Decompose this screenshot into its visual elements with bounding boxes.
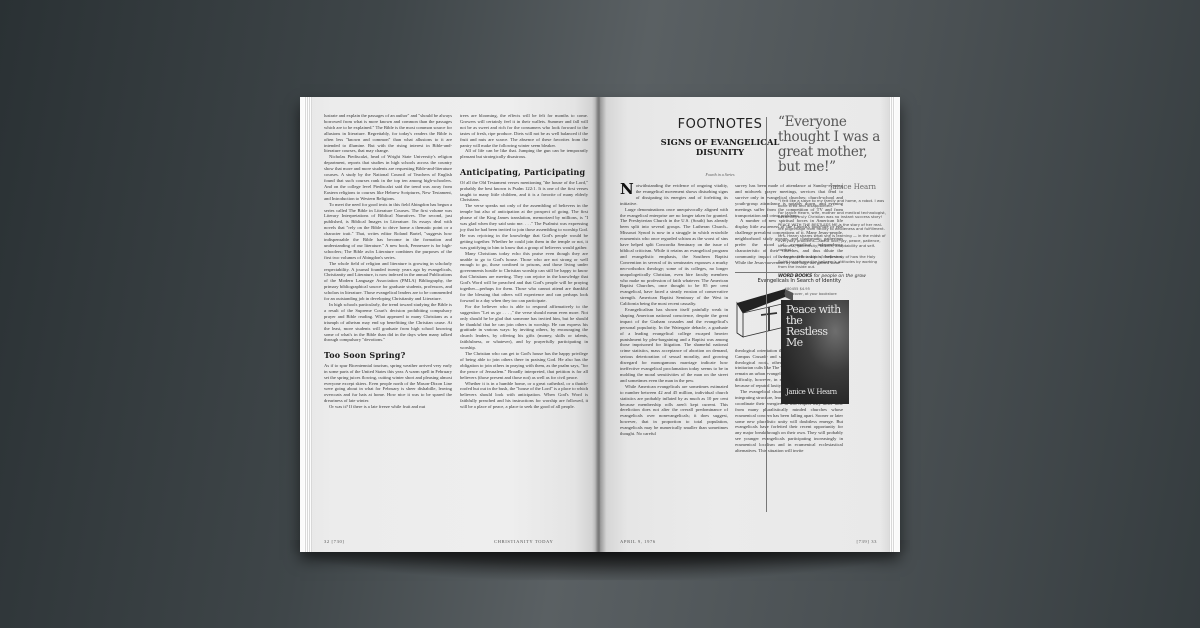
paragraph: To meet the need for good texts in this … [324,202,452,261]
paragraph: Whether it is in a humble home, or a gre… [460,381,588,411]
paragraph: The whole field of religion and literatu… [324,261,452,302]
paragraph-text: otwithstanding the evidence of ongoing v… [620,183,728,206]
page-number-left: 32 [730] [324,539,345,544]
paragraph: Of all the Old Testament verses mentioni… [460,180,588,204]
paragraph: Large denominations once unequivocally a… [620,207,728,307]
paragraph: lustrate and explain the passages of an … [324,113,452,154]
book-advertisement: “Everyone thought I was a great mother, … [778,115,886,404]
book-cover-author: Janice W. Hearn [786,388,837,396]
page-edges [304,97,312,552]
ad-body-text: Mrs. Hearn shares what she is learning —… [778,234,886,252]
paragraph: Many Christians today echo this praise e… [460,251,588,304]
paragraph: Or was it? If there is a late freeze whi… [324,404,452,410]
book-price: #80455 $4.95 [784,287,886,291]
paragraph: The Christian who can get to God's house… [460,351,588,381]
paragraph: All of life can be like that. Jumping th… [460,148,588,160]
publisher-logo: WORD BOOKS for people on the grow [778,274,886,279]
book-cover-image: Peace with the Restless Me Janice W. Hea… [781,300,849,404]
right-page: FOOTNOTES SIGNS OF EVANGELICAL DISUNITY … [598,97,900,552]
left-page-columns: lustrate and explain the passages of an … [324,113,588,410]
paragraph: The verse speaks not only of the assembl… [460,203,588,250]
magazine-spread: lustrate and explain the passages of an … [300,97,900,552]
ad-body-text: "I felt like a slave to my family and ho… [778,199,886,208]
paragraph: In high schools particularly, the trend … [324,302,452,343]
left-page: lustrate and explain the passages of an … [300,97,598,552]
book-format: Hardcover, at your bookstore [784,292,886,296]
left-column-1: lustrate and explain the passages of an … [324,113,452,410]
article-column-1: Notwithstanding the evidence of ongoing … [620,183,728,454]
book-cover-title: Peace with the Restless Me [786,304,844,348]
left-column-2: trees are blooming, the effects will be … [460,113,588,410]
section-heading: Too Soon Spring? [324,351,452,360]
ad-body-text: For Janice Hearn, wife, mother and medic… [778,211,886,220]
paragraph: trees are blooming, the effects will be … [460,113,588,148]
section-heading: Anticipating, Participating [460,168,588,177]
paragraph: Notwithstanding the evidence of ongoing … [620,183,728,207]
drop-cap: N [620,183,634,196]
magazine-name-footer: CHRISTIANITY TODAY [494,539,553,544]
paragraph: Nicholas Piediscalzi, head of Wright Sta… [324,154,452,201]
ad-body-text: PEACE WITH THE RESTLESS ME is the story … [778,223,886,232]
page-number-right: [739] 33 [857,539,878,544]
paragraph: While American evangelicals are sometime… [620,384,728,437]
ad-body-text: Every chapter is a rich, deep study of h… [778,255,886,269]
paragraph: For the believer who is able to respond … [460,304,588,351]
ad-author: Janice Hearn [778,183,876,191]
issue-date-footer: APRIL 9, 1976 [620,539,656,544]
ad-headline-quote: “Everyone thought I was a great mother, … [778,115,886,175]
page-edges [889,97,895,552]
publisher-tagline: for people on the grow [814,274,866,279]
paragraph: As if to spur Bicentennial tourism, spri… [324,363,452,404]
publisher-name: WORD BOOKS [778,274,812,279]
paragraph: Evangelicalism has shown itself painfull… [620,307,728,384]
column-divider [766,117,767,512]
